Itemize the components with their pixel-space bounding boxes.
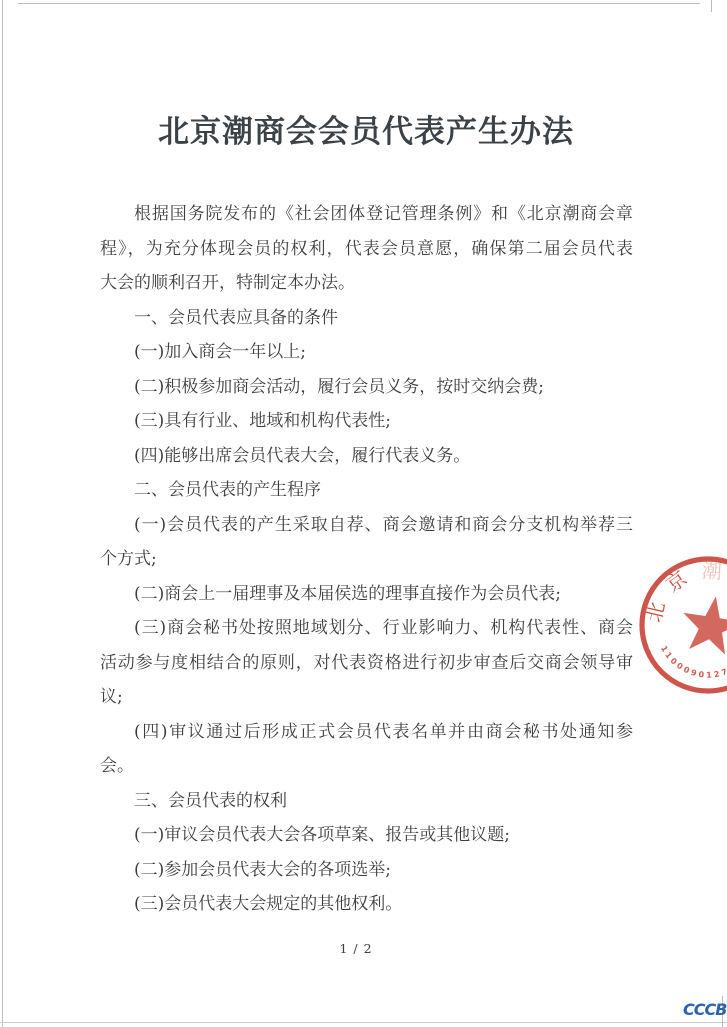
document-line: (一)审议会员代表大会各项草案、报告或其他议题; xyxy=(100,818,633,853)
document-line: (二)商会上一届理事及本届侯选的理事直接作为会员代表; xyxy=(100,577,633,612)
document-line: (一)加入商会一年以上; xyxy=(100,335,633,370)
document-line: (四)能够出席会员代表大会，履行代表义务。 xyxy=(100,439,633,474)
page-title: 北京潮商会会员代表产生办法 xyxy=(96,112,636,152)
cccb-logo: CCCB xyxy=(683,1000,726,1019)
scan-edge-line-right-top xyxy=(711,0,712,12)
document-line: (二)积极参加商会活动，履行会员义务，按时交纳会费; xyxy=(100,370,633,405)
document-line: 议; xyxy=(100,680,633,715)
seal-char: 北 xyxy=(642,599,670,624)
scan-edge-line-top xyxy=(18,3,700,4)
document-line: (三)商会秘书处按照地域划分、行业影响力、机构代表性、商会 xyxy=(100,611,633,646)
official-seal: 北 京 潮 商 会 1100090127200 xyxy=(622,534,727,724)
document-line: 个方式; xyxy=(100,542,633,577)
document-body: 根据国务院发布的《社会团体登记管理条例》和《北京潮商会章程》，为充分体现会员的权… xyxy=(100,197,633,922)
seal-star-icon xyxy=(678,592,727,657)
document-line: 二、会员代表的产生程序 xyxy=(100,473,633,508)
document-line: 大会的顺利召开，特制定本办法。 xyxy=(100,266,633,301)
seal-number: 1100090127200 xyxy=(659,644,727,679)
scan-edge-line-bottom xyxy=(0,1022,727,1023)
document-line: 一、会员代表应具备的条件 xyxy=(100,301,633,336)
seal-char: 京 xyxy=(661,566,691,597)
document-line: 程》，为充分体现会员的权利，代表会员意愿，确保第二届会员代表 xyxy=(100,232,633,267)
document-line: (二)参加会员代表大会的各项选举; xyxy=(100,853,633,888)
document-line: 会。 xyxy=(100,749,633,784)
document-line: (四)审议通过后形成正式会员代表名单并由商会秘书处通知参 xyxy=(100,715,633,750)
document-line: 根据国务院发布的《社会团体登记管理条例》和《北京潮商会章 xyxy=(100,197,633,232)
document-line: (三)具有行业、地域和机构代表性; xyxy=(100,404,633,439)
seal-char: 潮 xyxy=(701,558,723,583)
document-line: (一)会员代表的产生采取自荐、商会邀请和商会分支机构举荐三 xyxy=(100,508,633,543)
document-line: (三)会员代表大会规定的其他权利。 xyxy=(100,887,633,922)
document-page: 北京潮商会会员代表产生办法 根据国务院发布的《社会团体登记管理条例》和《北京潮商… xyxy=(0,0,727,1027)
page-number: 1 / 2 xyxy=(0,941,712,956)
document-line: 活动参与度相结合的原则，对代表资格进行初步审查后交商会领导审 xyxy=(100,646,633,681)
document-line: 三、会员代表的权利 xyxy=(100,784,633,819)
scan-edge-line-left xyxy=(2,0,3,1027)
